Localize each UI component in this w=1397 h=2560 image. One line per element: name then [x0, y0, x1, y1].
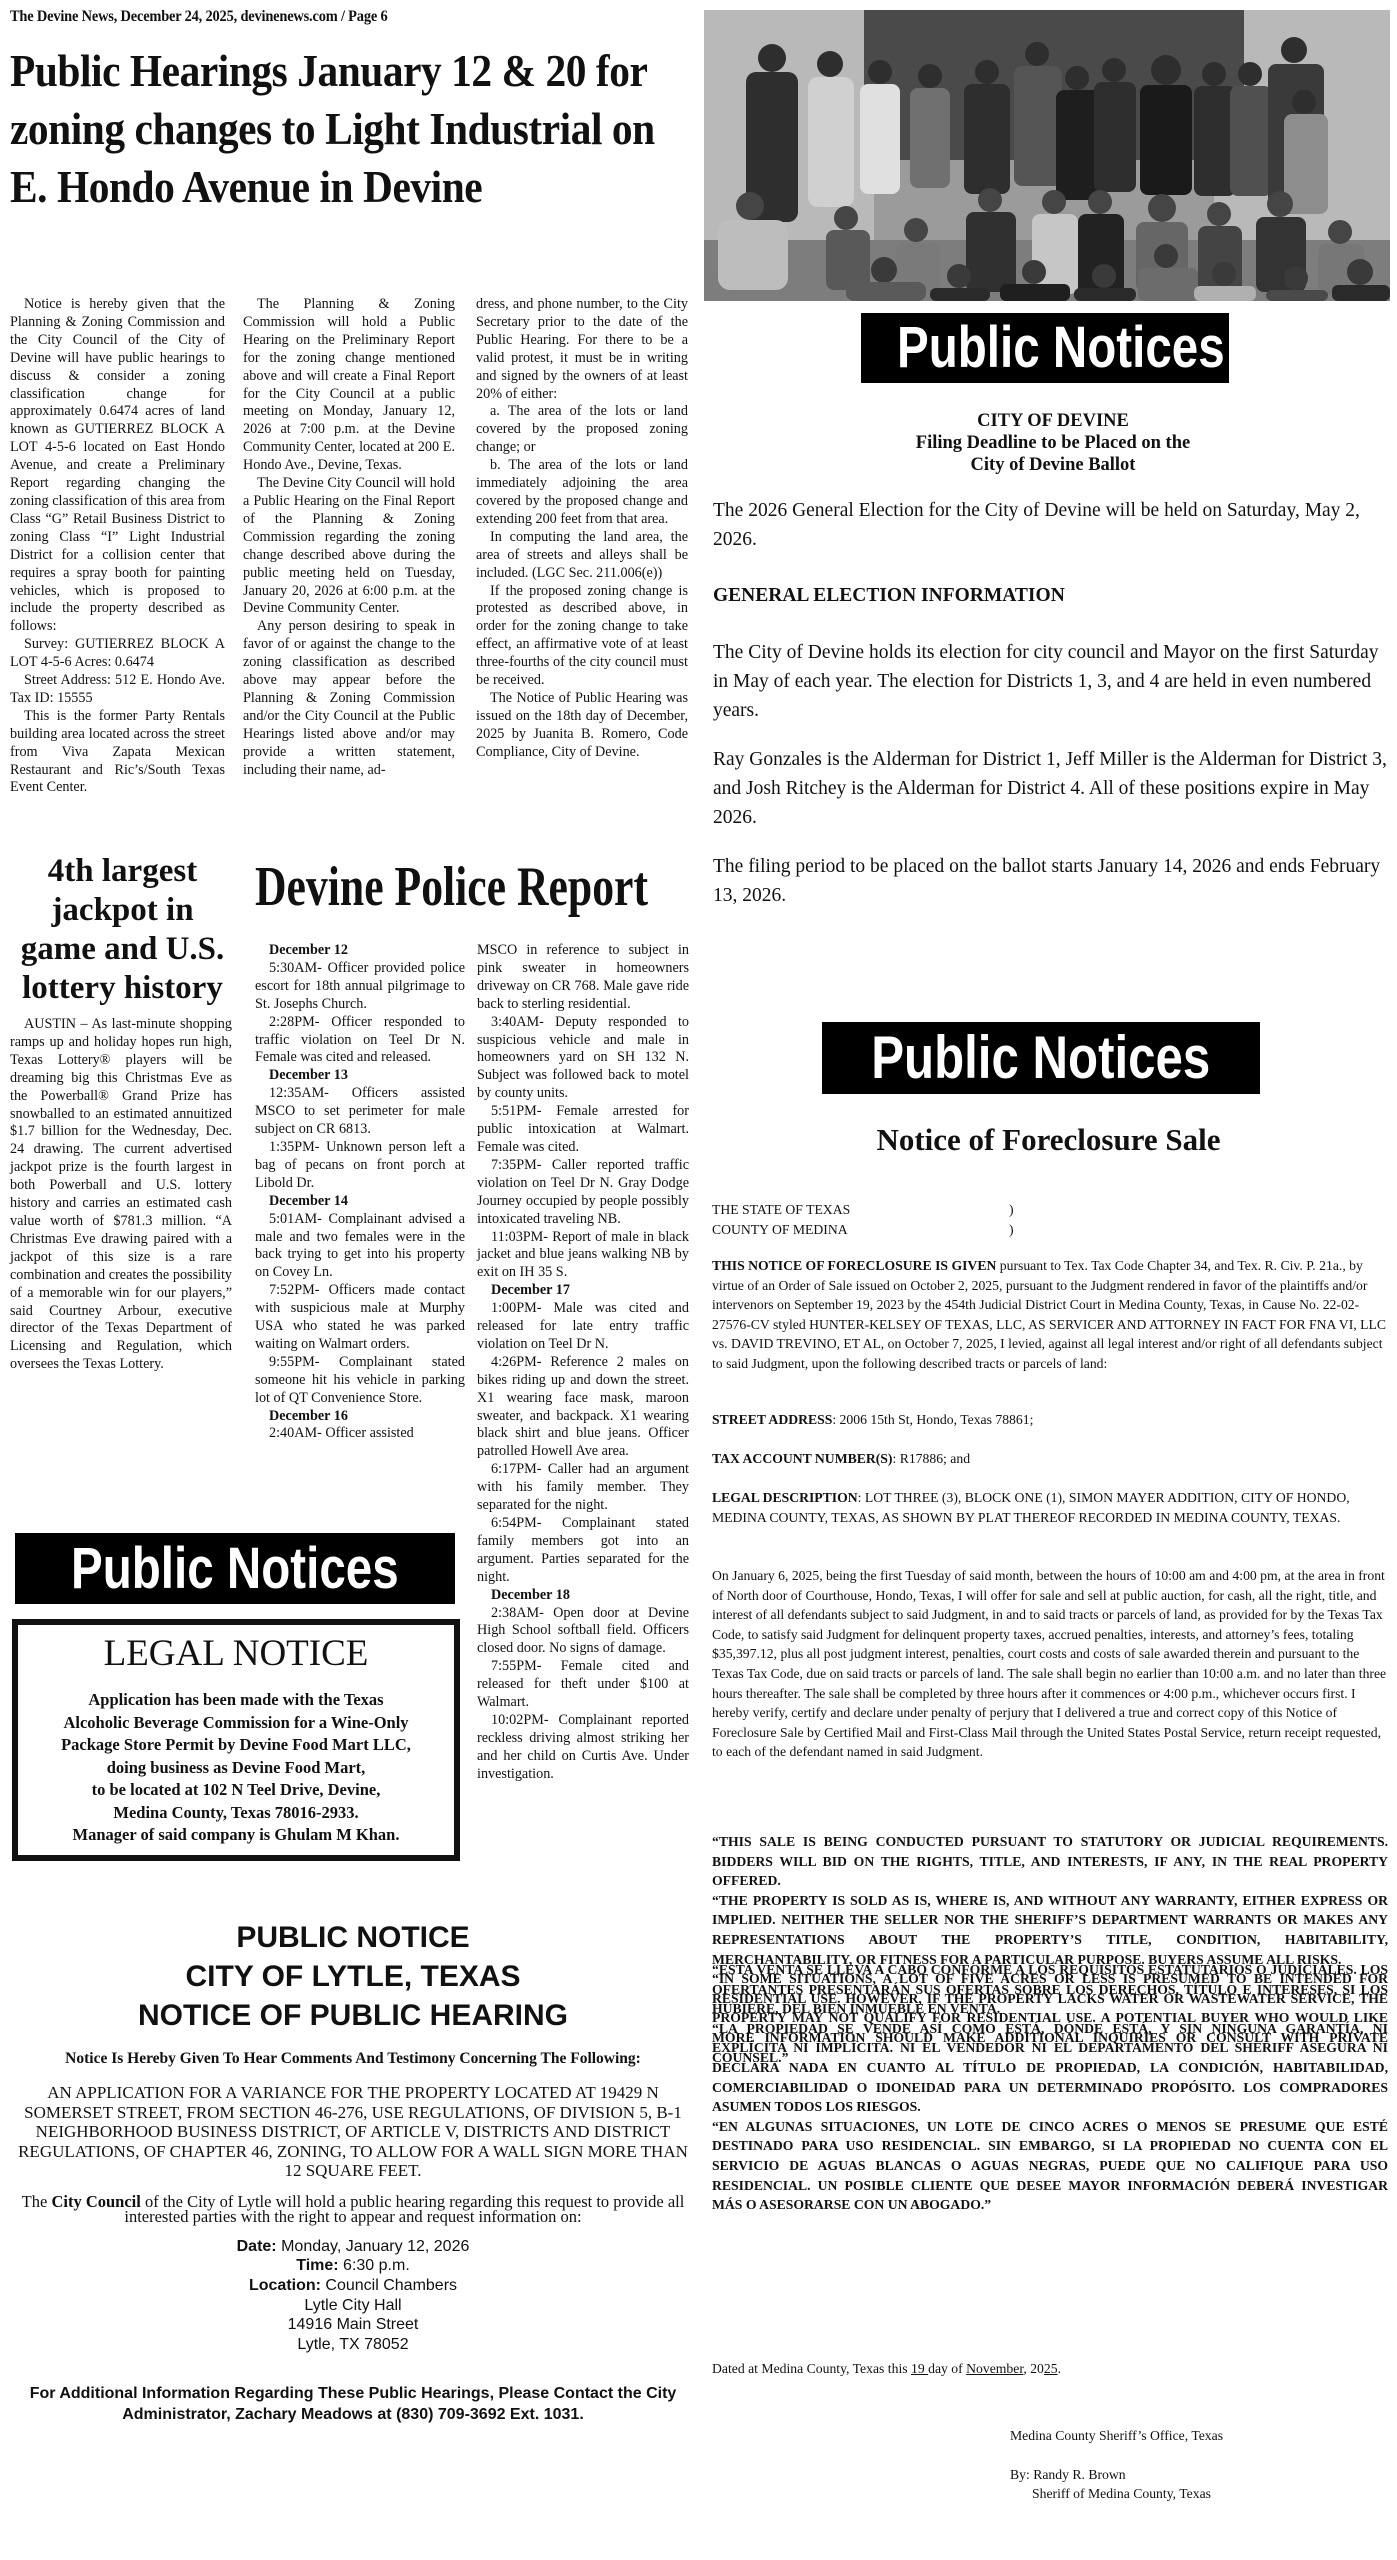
report-date: December 14: [255, 1193, 465, 1211]
legal-line: Alcoholic Beverage Commission for a Wine…: [28, 1712, 444, 1735]
tax-label: TAX ACCOUNT NUMBER(S): [712, 1451, 892, 1466]
report-entry: 1:35PM- Unknown person left a bag of pec…: [255, 1139, 465, 1193]
report-entry: 2:38AM- Open door at Devine High School …: [477, 1605, 689, 1659]
ballot-paragraph: The filing period to be placed on the ba…: [713, 852, 1393, 910]
disclaimer-paragraph: “LA PROPIEDAD SE VENDE ASÍ COMO ESTÁ, DÓ…: [712, 2019, 1388, 2117]
heading-line: City of Devine Ballot: [713, 454, 1393, 476]
report-date: December 17: [477, 1282, 689, 1300]
title-line: PUBLIC NOTICE: [8, 1918, 698, 1957]
foreclosure-intro: THIS NOTICE OF FORECLOSURE IS GIVEN purs…: [712, 1256, 1388, 1374]
report-entry: 7:35PM- Caller reported traffic violatio…: [477, 1157, 689, 1229]
title-line: CITY OF LYTLE, TEXAS: [8, 1957, 698, 1996]
title-line: NOTICE OF PUBLIC HEARING: [8, 1996, 698, 2035]
lottery-body: AUSTIN – As last-minute shopping ramps u…: [10, 1016, 232, 1374]
ballot-paragraph: The City of Devine holds its election fo…: [713, 638, 1393, 725]
ballot-paragraph: The 2026 General Election for the City o…: [713, 496, 1393, 554]
text: of the City of Lytle will hold a public …: [124, 2192, 684, 2227]
lottery-headline: 4th largest jackpot in game and U.S. lot…: [10, 852, 235, 1008]
foreclosure-street-address: STREET ADDRESS: 2006 15th St, Hondo, Tex…: [712, 1410, 1388, 1430]
report-entry: 12:35AM- Officers assisted MSCO to set p…: [255, 1085, 465, 1139]
foreclosure-legal-description: LEGAL DESCRIPTION: LOT THREE (3), BLOCK …: [712, 1488, 1388, 1527]
address-label: STREET ADDRESS: [712, 1412, 832, 1427]
report-entry: 11:03PM- Report of male in black jacket …: [477, 1229, 689, 1283]
intro-text: pursuant to Tex. Tax Code Chapter 34, an…: [712, 1258, 1386, 1371]
paragraph: The Notice of Public Hearing was issued …: [476, 690, 688, 762]
paragraph: Any person desiring to speak in favor of…: [243, 618, 455, 779]
police-column-1: December 12 5:30AM- Officer provided pol…: [255, 942, 465, 1443]
report-date: December 13: [255, 1067, 465, 1085]
disclaimer-paragraph: “EN ALGUNAS SITUACIONES, UN LOTE DE CINC…: [712, 2117, 1388, 2215]
paragraph: b. The area of the lots or land immediat…: [476, 457, 688, 529]
paragraph: a. The area of the lots or land covered …: [476, 403, 688, 457]
report-date: December 18: [477, 1587, 689, 1605]
paragraph: dress, and phone number, to the City Sec…: [476, 296, 688, 403]
paragraph: The Planning & Zoning Commission will ho…: [243, 296, 455, 475]
banner-label: Public Notices: [871, 1022, 1210, 1094]
paragraph: The Devine City Council will hold a Publ…: [243, 475, 455, 618]
address-line: Lytle City Hall: [8, 2296, 698, 2316]
police-report-headline: Devine Police Report: [255, 855, 692, 919]
time-label: Time:: [296, 2257, 338, 2274]
legal-notice-title: LEGAL NOTICE: [28, 1633, 444, 1675]
address-line: Lytle, TX 78052: [8, 2335, 698, 2355]
foreclosure-signature: Medina County Sheriff’s Office, Texas By…: [1010, 2426, 1370, 2503]
public-notices-banner: Public Notices: [15, 1533, 455, 1604]
report-entry: 5:51PM- Female arrested for public intox…: [477, 1103, 689, 1157]
lytle-title: PUBLIC NOTICE CITY OF LYTLE, TEXAS NOTIC…: [8, 1918, 698, 2035]
paragraph: AUSTIN – As last-minute shopping ramps u…: [10, 1016, 232, 1374]
paren: ): [1009, 1200, 1014, 1220]
location-value: Council Chambers: [321, 2277, 457, 2294]
paragraph: If the proposed zoning change is protest…: [476, 583, 688, 690]
lytle-intro: Notice Is Hereby Given To Hear Comments …: [8, 2051, 698, 2067]
foreclosure-disclaimer-spanish: “ESTA VENTA SE LLEVA A CABO CONFORME A L…: [712, 1960, 1388, 2215]
date-label: Date:: [237, 2238, 277, 2255]
foreclosure-dated-line: Dated at Medina County, Texas this 19 da…: [712, 2359, 1388, 2379]
report-entry: 6:54PM- Complainant stated family member…: [477, 1515, 689, 1587]
group-photo: [704, 10, 1390, 301]
report-entry: 4:26PM- Reference 2 males on bikes ridin…: [477, 1354, 689, 1461]
report-date: December 12: [255, 942, 465, 960]
police-column-2: MSCO in reference to subject in pink swe…: [477, 942, 689, 1784]
lytle-contact: For Additional Information Regarding The…: [8, 2383, 698, 2425]
disclaimer-paragraph: “THIS SALE IS BEING CONDUCTED PURSUANT T…: [712, 1832, 1388, 1891]
report-entry: 1:00PM- Male was cited and released for …: [477, 1300, 689, 1354]
foreclosure-tax-account: TAX ACCOUNT NUMBER(S): R17886; and: [712, 1449, 1388, 1469]
legal-notice-box: LEGAL NOTICE Application has been made w…: [12, 1619, 460, 1861]
state-label: THE STATE OF TEXAS: [712, 1202, 850, 1217]
text: Dated at Medina County, Texas this: [712, 2361, 911, 2376]
report-entry: 5:01AM- Complainant advised a male and t…: [255, 1211, 465, 1283]
ballot-subheading: GENERAL ELECTION INFORMATION: [713, 581, 1393, 610]
text: The: [22, 2192, 52, 2211]
report-entry: 10:02PM- Complainant reported reckless d…: [477, 1712, 689, 1784]
lytle-council-text: The City Council of the City of Lytle wi…: [8, 2194, 698, 2225]
report-entry: 6:17PM- Caller had an argument with his …: [477, 1461, 689, 1515]
report-entry: 2:28PM- Officer responded to traffic vio…: [255, 1014, 465, 1068]
legal-line: to be located at 102 N Teel Drive, Devin…: [28, 1779, 444, 1802]
sheriff-office: Medina County Sheriff’s Office, Texas: [1010, 2426, 1370, 2445]
heading-line: CITY OF DEVINE: [713, 410, 1393, 432]
banner-label: Public Notices: [71, 1533, 399, 1604]
intro-bold: THIS NOTICE OF FORECLOSURE IS GIVEN: [712, 1258, 996, 1273]
lytle-hearing-details: Date: Monday, January 12, 2026 Time: 6:3…: [8, 2237, 698, 2355]
county-label: COUNTY OF MEDINA: [712, 1222, 848, 1237]
tax-value: : R17886; and: [892, 1451, 970, 1466]
paren: ): [1009, 1220, 1014, 1240]
paragraph: Survey: GUTIERREZ BLOCK A LOT 4-5-6 Acre…: [10, 636, 225, 672]
legal-line: Application has been made with the Texas: [28, 1689, 444, 1712]
text: day of: [928, 2361, 966, 2376]
text: , 20: [1023, 2361, 1044, 2376]
report-entry: 3:40AM- Deputy responded to suspicious v…: [477, 1014, 689, 1104]
disclaimer-paragraph: “THE PROPERTY IS SOLD AS IS, WHERE IS, A…: [712, 1891, 1388, 1969]
foreclosure-title: Notice of Foreclosure Sale: [700, 1120, 1397, 1160]
paragraph: This is the former Party Rentals buildin…: [10, 708, 225, 798]
devine-ballot-notice: CITY OF DEVINE Filing Deadline to be Pla…: [713, 410, 1393, 910]
signed-by: By: Randy R. Brown: [1010, 2465, 1370, 2484]
group-photo-image: [704, 10, 1390, 301]
paragraph: In computing the land area, the area of …: [476, 529, 688, 583]
report-entry: 7:52PM- Officers made contact with suspi…: [255, 1282, 465, 1354]
dated-month: November: [966, 2361, 1023, 2376]
disclaimer-paragraph: “ESTA VENTA SE LLEVA A CABO CONFORME A L…: [712, 1960, 1388, 2019]
report-entry: 5:30AM- Officer provided police escort f…: [255, 960, 465, 1014]
paragraph: Notice is hereby given that the Planning…: [10, 296, 225, 636]
banner-label: Public Notices: [897, 313, 1225, 383]
zoning-headline: Public Hearings January 12 & 20 for zoni…: [10, 42, 690, 216]
legal-line: Package Store Permit by Devine Food Mart…: [28, 1734, 444, 1757]
sheriff-title: Sheriff of Medina County, Texas: [1010, 2484, 1370, 2503]
text: .: [1058, 2361, 1061, 2376]
address-line: 14916 Main Street: [8, 2315, 698, 2335]
ballot-paragraph: Ray Gonzales is the Alderman for Distric…: [713, 745, 1393, 832]
report-entry: 7:55PM- Female cited and released for th…: [477, 1658, 689, 1712]
legal-notice-body: Application has been made with the Texas…: [28, 1689, 444, 1847]
ballot-heading: CITY OF DEVINE Filing Deadline to be Pla…: [713, 410, 1393, 476]
address-value: : 2006 15th St, Hondo, Texas 78861;: [832, 1412, 1033, 1427]
legal-label: LEGAL DESCRIPTION: [712, 1490, 858, 1505]
report-entry: MSCO in reference to subject in pink swe…: [477, 942, 689, 1014]
public-notices-banner: Public Notices: [822, 1022, 1260, 1094]
page-folio: The Devine News, December 24, 2025, devi…: [10, 8, 388, 26]
location-label: Location:: [249, 2277, 321, 2294]
dated-day: 19: [911, 2361, 928, 2376]
lytle-application: AN APPLICATION FOR A VARIANCE FOR THE PR…: [8, 2083, 698, 2181]
date-value: Monday, January 12, 2026: [277, 2238, 470, 2255]
foreclosure-sale-terms: On January 6, 2025, being the first Tues…: [712, 1566, 1388, 1762]
public-notices-banner: Public Notices: [861, 313, 1229, 383]
legal-line: Manager of said company is Ghulam M Khan…: [28, 1824, 444, 1847]
report-entry: 9:55PM- Complainant stated someone hit h…: [255, 1354, 465, 1408]
heading-line: Filing Deadline to be Placed on the: [713, 432, 1393, 454]
zoning-column-2: The Planning & Zoning Commission will ho…: [243, 296, 455, 779]
legal-line: Medina County, Texas 78016-2933.: [28, 1802, 444, 1825]
lytle-public-notice: PUBLIC NOTICE CITY OF LYTLE, TEXAS NOTIC…: [8, 1918, 698, 2425]
paragraph: Street Address: 512 E. Hondo Ave. Tax ID…: [10, 672, 225, 708]
zoning-column-3: dress, and phone number, to the City Sec…: [476, 296, 688, 762]
time-value: 6:30 p.m.: [339, 2257, 410, 2274]
foreclosure-venue: THE STATE OF TEXAS) COUNTY OF MEDINA): [712, 1200, 1388, 1239]
legal-line: doing business as Devine Food Mart,: [28, 1757, 444, 1780]
zoning-column-1: Notice is hereby given that the Planning…: [10, 296, 225, 797]
dated-year: 25: [1044, 2361, 1058, 2376]
report-date: December 16: [255, 1408, 465, 1426]
report-entry: 2:40AM- Officer assisted: [255, 1425, 465, 1443]
